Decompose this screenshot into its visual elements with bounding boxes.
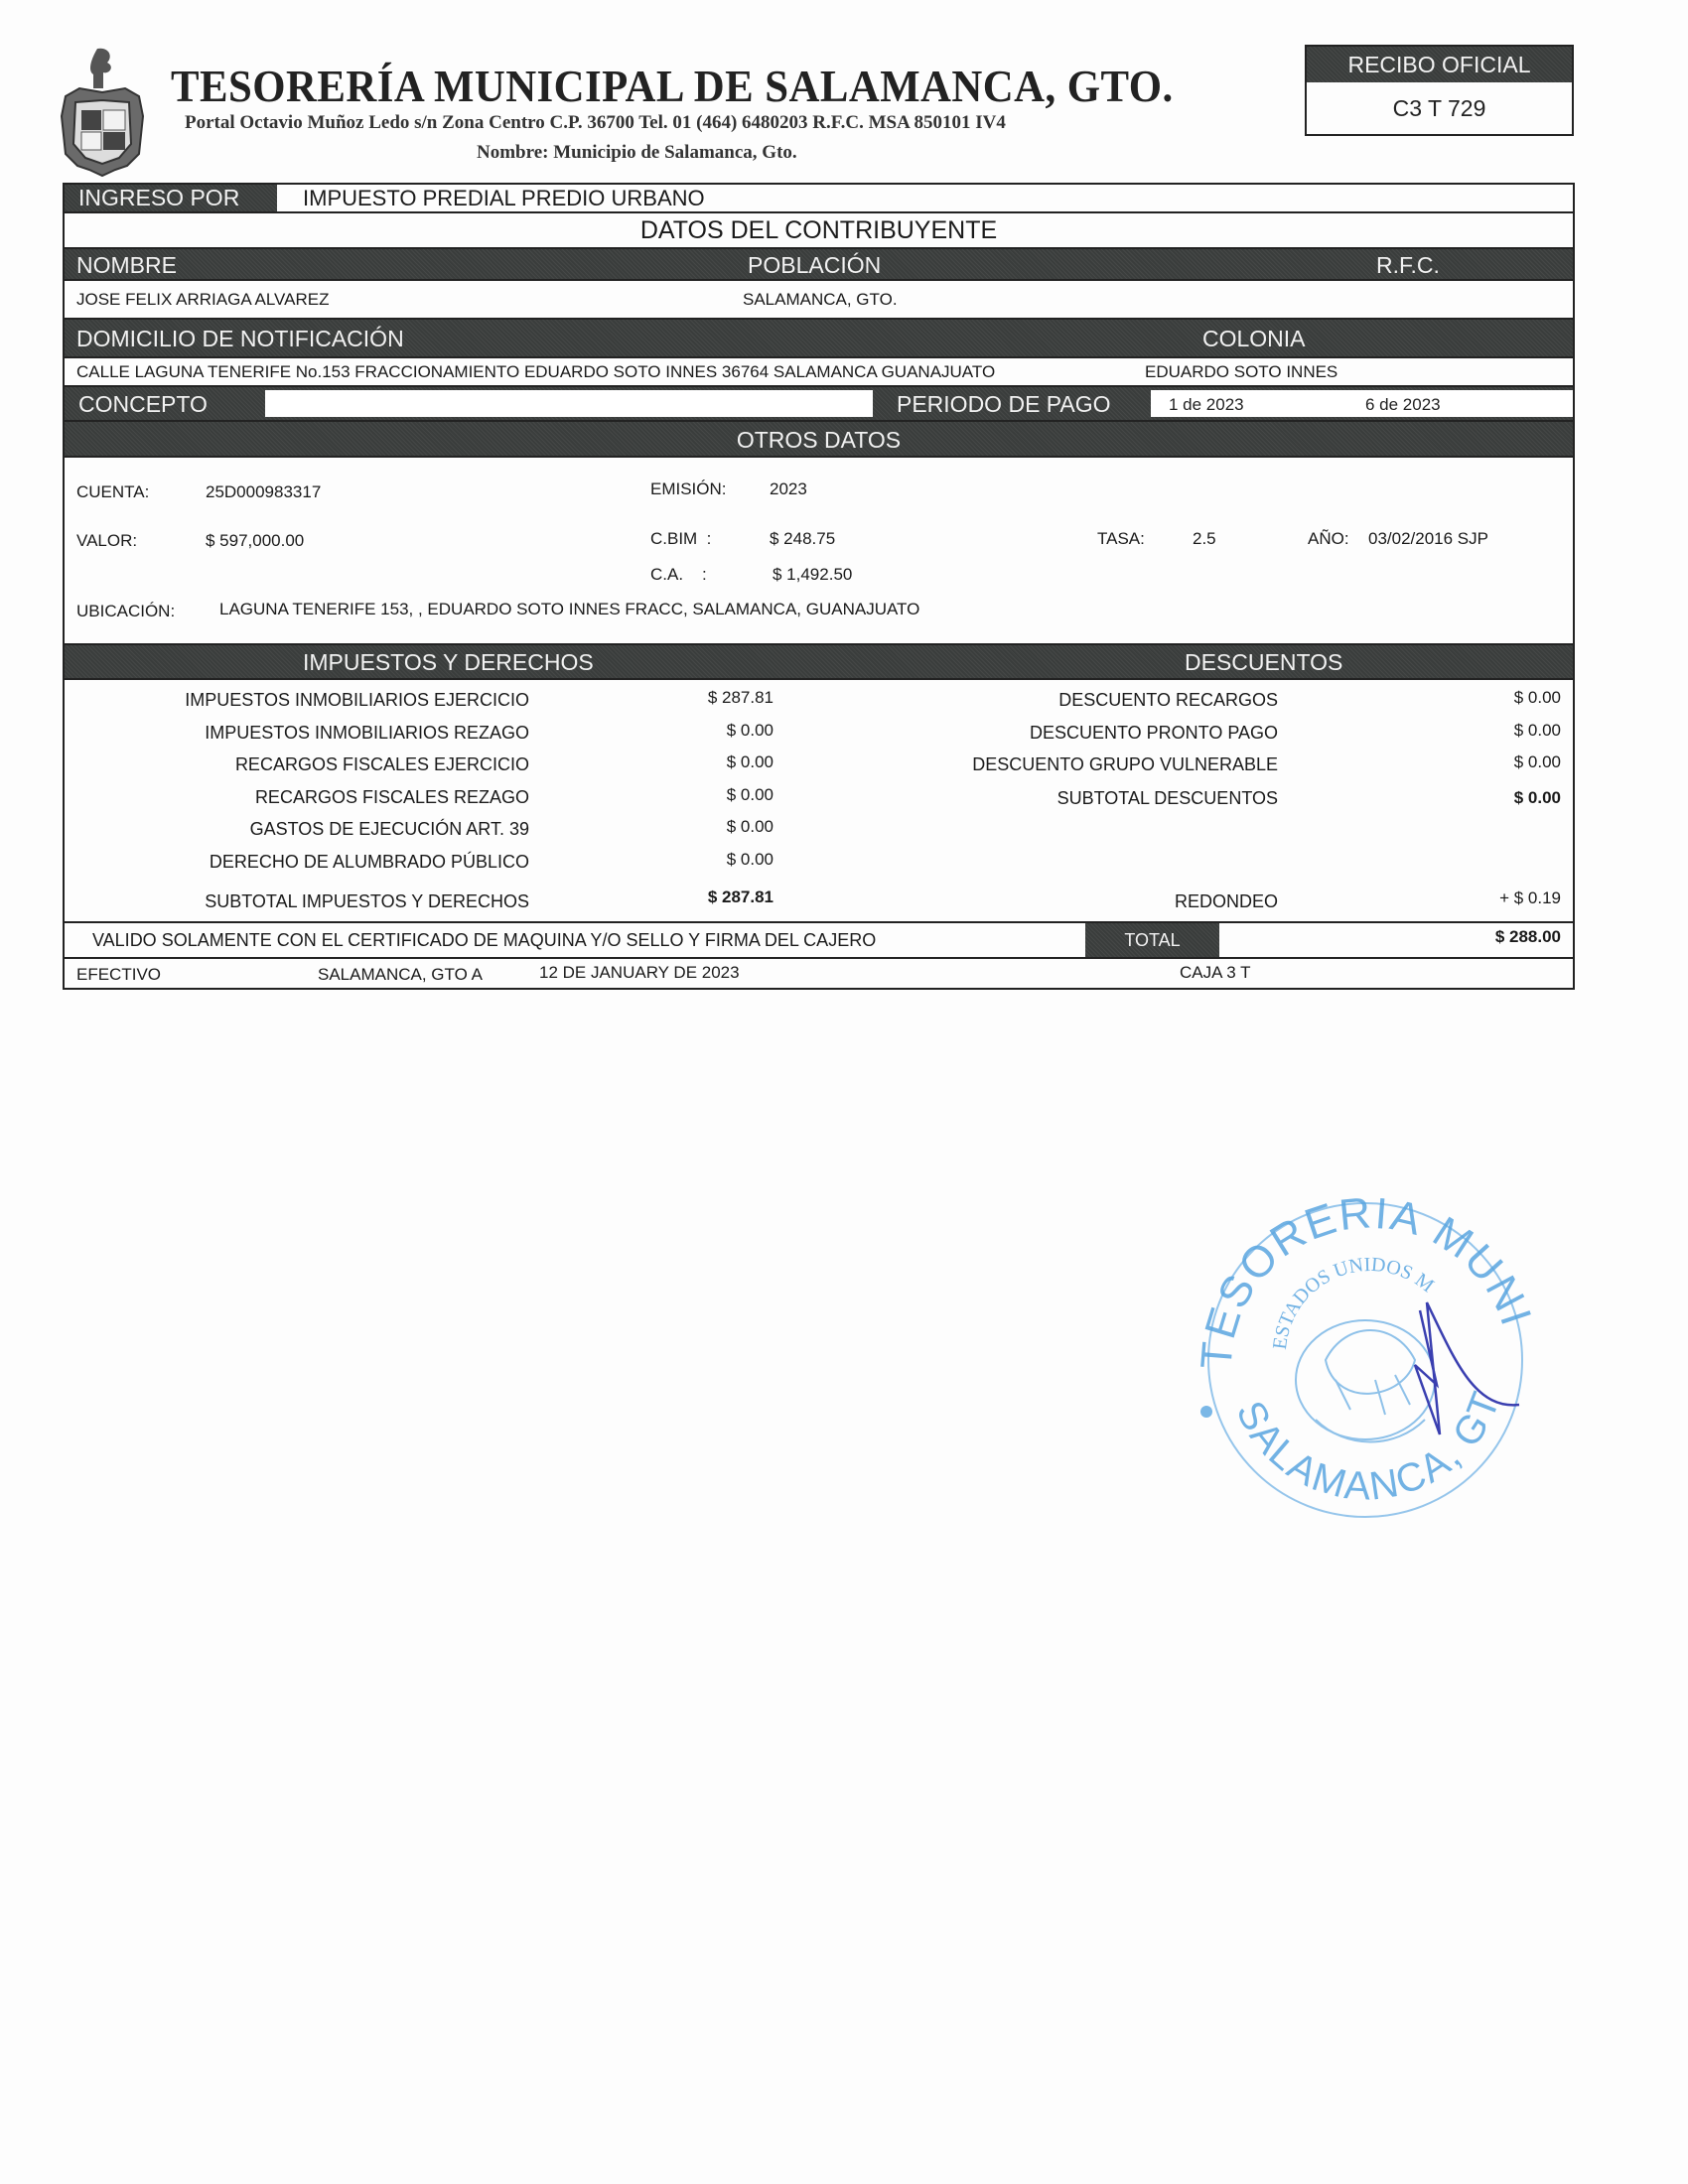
impuesto-item-amount: $ 287.81 (708, 688, 774, 708)
validez-notice: VALIDO SOLAMENTE CON EL CERTIFICADO DE M… (92, 923, 876, 957)
lugar: SALAMANCA, GTO A (318, 959, 483, 990)
domicilio-label: DOMICILIO DE NOTIFICACIÓN (76, 320, 404, 356)
ubicacion-label: UBICACIÓN: (76, 602, 175, 621)
ca-label: C.A. : (650, 565, 707, 585)
impuesto-item-label: RECARGOS FISCALES REZAGO (255, 787, 529, 808)
subtotal-impuestos-label: SUBTOTAL IMPUESTOS Y DERECHOS (205, 891, 529, 912)
cbim-label: C.BIM : (650, 529, 711, 549)
cuenta-label: CUENTA: (76, 482, 149, 502)
otros-header-row: OTROS DATOS (65, 422, 1573, 458)
nombre-value: JOSE FELIX ARRIAGA ALVAREZ (76, 281, 329, 318)
anio-value: 03/02/2016 SJP (1368, 529, 1488, 549)
colonia-value: EDUARDO SOTO INNES (1145, 358, 1337, 385)
descuentos-section-title: DESCUENTOS (1185, 645, 1342, 678)
ca-value: $ 1,492.50 (773, 565, 852, 585)
official-seal-stamp: TESORERIA MUNICIPAL SALAMANCA, GTO ESTAD… (1177, 1181, 1564, 1539)
entity-name: Nombre: Municipio de Salamanca, Gto. (477, 142, 797, 164)
periodo-values: 1 de 2023 6 de 2023 (1151, 390, 1573, 417)
caja: CAJA 3 T (1180, 959, 1251, 990)
total-label: TOTAL (1085, 923, 1219, 957)
nombre-value-row: JOSE FELIX ARRIAGA ALVAREZ SALAMANCA, GT… (65, 281, 1573, 320)
otros-section-title: OTROS DATOS (65, 422, 1573, 456)
impuesto-item-label: IMPUESTOS INMOBILIARIOS EJERCICIO (185, 690, 529, 711)
ingreso-label: INGRESO POR (65, 185, 277, 211)
fecha: 12 DE JANUARY DE 2023 (539, 959, 740, 990)
total-value: $ 288.00 (1495, 923, 1561, 957)
impuesto-item-amount: $ 0.00 (727, 721, 774, 741)
poblacion-value: SALAMANCA, GTO. (743, 281, 898, 318)
impuesto-item-label: DERECHO DE ALUMBRADO PÚBLICO (210, 852, 529, 873)
emision-label: EMISIÓN: (650, 479, 727, 499)
otros-body: CUENTA: 25D000983317 EMISIÓN: 2023 VALOR… (65, 458, 1573, 645)
descuento-item-amount: $ 0.00 (1514, 752, 1561, 772)
impuesto-item-amount: $ 0.00 (727, 752, 774, 772)
periodo-hasta: 6 de 2023 (1365, 390, 1441, 419)
receipt-form: INGRESO POR IMPUESTO PREDIAL PREDIO URBA… (63, 183, 1575, 990)
coat-of-arms-logo (58, 45, 147, 179)
amounts-body: IMPUESTOS INMOBILIARIOS EJERCICIO$ 287.8… (65, 680, 1573, 923)
domicilio-value-row: CALLE LAGUNA TENERIFE No.153 FRACCIONAMI… (65, 358, 1573, 387)
impuesto-item-amount: $ 0.00 (727, 785, 774, 805)
domicilio-header-row: DOMICILIO DE NOTIFICACIÓN COLONIA (65, 320, 1573, 358)
receipt-number-box: RECIBO OFICIAL C3 T 729 (1305, 45, 1574, 136)
ubicacion-value: LAGUNA TENERIFE 153, , EDUARDO SOTO INNE… (219, 600, 919, 619)
contribuyente-title-row: DATOS DEL CONTRIBUYENTE (65, 213, 1573, 249)
descuento-item-amount: $ 0.00 (1514, 688, 1561, 708)
cbim-value: $ 248.75 (770, 529, 835, 549)
redondeo-label: REDONDEO (1175, 891, 1278, 912)
concepto-row: CONCEPTO PERIODO DE PAGO 1 de 2023 6 de … (65, 387, 1573, 422)
payment-row: EFECTIVO SALAMANCA, GTO A 12 DE JANUARY … (65, 959, 1573, 990)
impuesto-item-label: IMPUESTOS INMOBILIARIOS REZAGO (205, 723, 529, 744)
valor-label: VALOR: (76, 531, 137, 551)
impuesto-item-amount: $ 0.00 (727, 850, 774, 870)
ingreso-row: INGRESO POR IMPUESTO PREDIAL PREDIO URBA… (65, 185, 1573, 213)
contribuyente-section-title: DATOS DEL CONTRIBUYENTE (65, 213, 1573, 247)
page-title: TESORERÍA MUNICIPAL DE SALAMANCA, GTO. (171, 60, 1174, 112)
forma-pago: EFECTIVO (76, 959, 161, 990)
concepto-value (265, 390, 873, 417)
subtotal-descuentos-value: $ 0.00 (1514, 788, 1561, 808)
anio-label: AÑO: (1308, 529, 1349, 549)
periodo-desde: 1 de 2023 (1169, 390, 1244, 419)
impuesto-item-label: GASTOS DE EJECUCIÓN ART. 39 (250, 819, 529, 840)
rfc-label: R.F.C. (1376, 249, 1440, 279)
colonia-label: COLONIA (1202, 320, 1306, 356)
subtotal-descuentos-label: SUBTOTAL DESCUENTOS (1057, 788, 1278, 809)
nombre-label: NOMBRE (76, 249, 177, 279)
concepto-label: CONCEPTO (78, 387, 208, 420)
domicilio-value: CALLE LAGUNA TENERIFE No.153 FRACCIONAMI… (76, 358, 995, 385)
impuesto-item-amount: $ 0.00 (727, 817, 774, 837)
descuento-item-label: DESCUENTO RECARGOS (1058, 690, 1278, 711)
nombre-header-row: NOMBRE POBLACIÓN R.F.C. (65, 249, 1573, 281)
redondeo-value: + $ 0.19 (1499, 888, 1561, 908)
poblacion-label: POBLACIÓN (748, 249, 881, 279)
impuestos-descuentos-header: IMPUESTOS Y DERECHOS DESCUENTOS (65, 645, 1573, 680)
subtotal-impuestos-value: $ 287.81 (708, 887, 774, 907)
impuesto-item-label: RECARGOS FISCALES EJERCICIO (235, 754, 529, 775)
ingreso-value: IMPUESTO PREDIAL PREDIO URBANO (303, 185, 705, 211)
tasa-label: TASA: (1097, 529, 1145, 549)
descuento-item-label: DESCUENTO GRUPO VULNERABLE (972, 754, 1278, 775)
receipt-number: C3 T 729 (1307, 82, 1572, 134)
eagle-emblem-icon (1296, 1320, 1435, 1442)
impuestos-section-title: IMPUESTOS Y DERECHOS (303, 645, 594, 678)
descuento-item-amount: $ 0.00 (1514, 721, 1561, 741)
tasa-value: 2.5 (1193, 529, 1216, 549)
descuento-item-label: DESCUENTO PRONTO PAGO (1030, 723, 1278, 744)
address-line: Portal Octavio Muñoz Ledo s/n Zona Centr… (185, 112, 1006, 134)
emision-value: 2023 (770, 479, 807, 499)
total-row: VALIDO SOLAMENTE CON EL CERTIFICADO DE M… (65, 923, 1573, 959)
valor-value: $ 597,000.00 (206, 531, 304, 551)
receipt-label: RECIBO OFICIAL (1307, 47, 1572, 82)
periodo-label: PERIODO DE PAGO (897, 387, 1111, 420)
cuenta-value: 25D000983317 (206, 482, 321, 502)
